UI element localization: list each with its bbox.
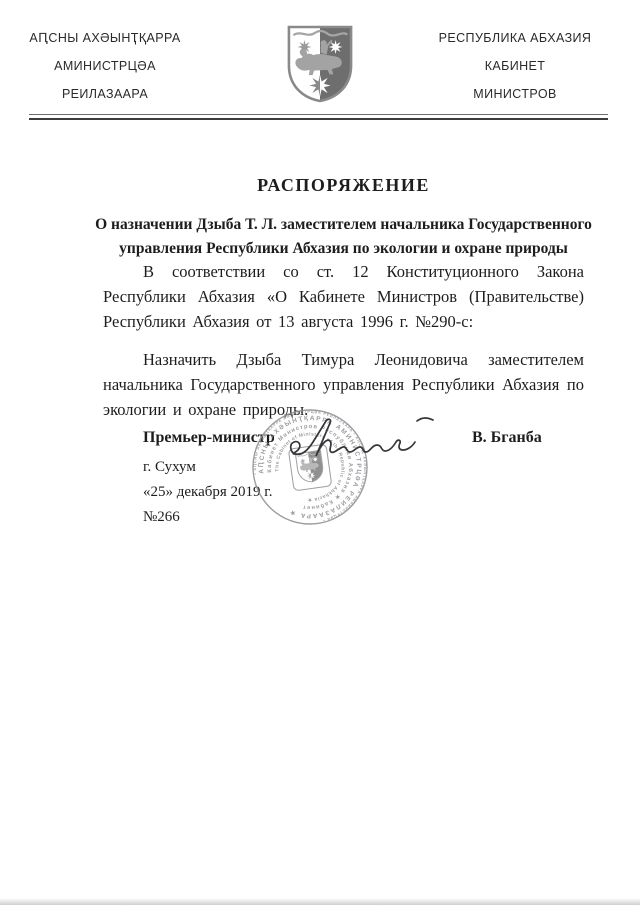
signature-main-stroke xyxy=(291,419,415,456)
letterhead-left-line1: АԤСНЫ АХӘЫНҬҚАРРА xyxy=(15,31,195,59)
signature-tilde-stroke xyxy=(417,418,433,421)
letterhead-left-line2: АМИНИСТРЦӘА xyxy=(15,59,195,87)
signature-scrawl xyxy=(282,406,452,464)
letterhead-left-line3: РЕИЛАЗААРА xyxy=(15,87,195,115)
document-subject: О назначении Дзыба Т. Л. заместителем на… xyxy=(63,213,624,260)
letterhead-right-line1: РЕСПУБЛИКА АБХАЗИЯ xyxy=(425,31,605,59)
letterhead-right-line2: КАБИНЕТ xyxy=(425,59,605,87)
document-page: АԤСНЫ АХӘЫНҬҚАРРА АМИНИСТРЦӘА РЕИЛАЗААРА… xyxy=(0,0,640,905)
letterhead-right: РЕСПУБЛИКА АБХАЗИЯ КАБИНЕТ МИНИСТРОВ xyxy=(425,31,605,115)
scan-edge-shadow xyxy=(0,898,640,905)
header-divider xyxy=(29,114,608,120)
coat-of-arms xyxy=(283,22,357,106)
letterhead-right-line3: МИНИСТРОВ xyxy=(425,87,605,115)
signer-name: В. Бганба xyxy=(472,429,542,447)
document-body: В соответствии со ст. 12 Конституционног… xyxy=(103,259,584,422)
footer-city: г. Сухум xyxy=(143,459,196,476)
document-title: РАСПОРЯЖЕНИЕ xyxy=(103,175,584,196)
subject-line1: О назначении Дзыба Т. Л. заместителем на… xyxy=(63,213,624,237)
footer-number: №266 xyxy=(143,509,180,526)
subject-line2: управления Республики Абхазия по экологи… xyxy=(63,237,624,261)
letterhead-left: АԤСНЫ АХӘЫНҬҚАРРА АМИНИСТРЦӘА РЕИЛАЗААРА xyxy=(15,31,195,115)
body-paragraph-1: В соответствии со ст. 12 Конституционног… xyxy=(103,259,584,334)
coat-of-arms-svg xyxy=(283,22,357,106)
